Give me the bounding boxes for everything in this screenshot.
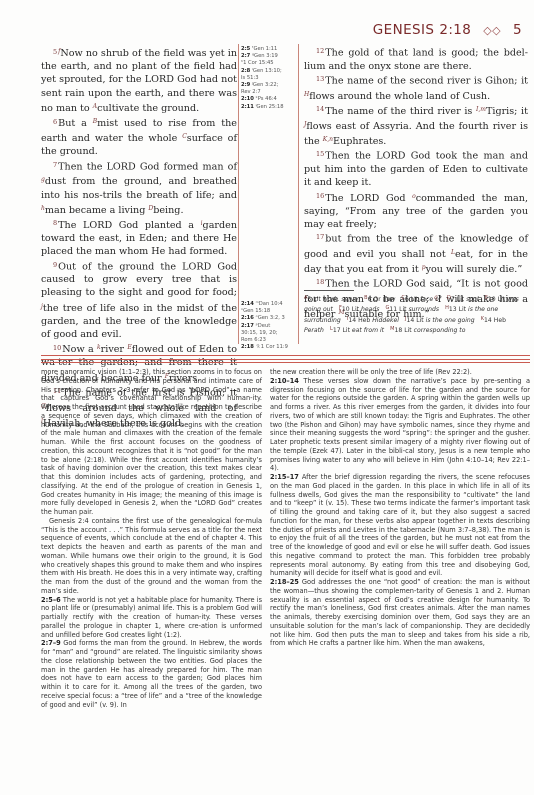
footnote-text: Hiddekel [372, 317, 399, 324]
footnote: M18 Lit corresponding to [390, 327, 471, 334]
footnote-text: work, serve [323, 296, 358, 303]
commentary-left-column: more panoramic vision (1:1–2:3), this se… [41, 368, 262, 709]
footnote-text: face of [420, 296, 441, 303]
footnote-mark: F [339, 305, 342, 311]
reference-mark: B [93, 118, 97, 125]
verse: 12The gold of that land is good; the bde… [304, 45, 528, 73]
cross-reference-verse: 2:9 [241, 82, 250, 88]
footnote-mark: K [481, 316, 484, 322]
reference-mark: H [304, 91, 309, 98]
commentary-paragraph: 2:15–17 After the brief digression regar… [270, 473, 530, 578]
reference-mark: A [93, 103, 97, 110]
footnote: C6 Lit face of [401, 296, 447, 303]
cross-reference-verse: 2:5 [241, 46, 250, 52]
verse: 15Then the LORD God took the man and put… [304, 148, 528, 189]
footnote-mark: E [485, 295, 488, 301]
reference-mark: j [41, 303, 43, 310]
reference-mark: k [97, 344, 101, 351]
verse-number: 12 [316, 47, 324, 55]
commentary-verse-label: 2:7–9 [41, 639, 61, 647]
commentary-verse-label: 2:10–14 [270, 377, 299, 385]
cross-reference: ʰ1 Cor 15:45 [241, 60, 296, 67]
verse-number: 18 [316, 278, 324, 286]
running-head: GENESIS 2:18 ◇◇ 5 [373, 22, 522, 38]
cross-reference: 2:7 ᵍGen 3:19 [241, 53, 296, 60]
verse-number: 14 [316, 105, 324, 113]
verse: 13The name of the second river is Gihon;… [304, 73, 528, 103]
commentary-paragraph: 2:7–9 God forms the man from the ground.… [41, 639, 262, 709]
footnote-text: heads [361, 306, 379, 313]
footnote-mark: M [390, 326, 394, 332]
commentary-verse-label: 2:18–25 [270, 578, 299, 586]
verse-number: 7 [53, 161, 57, 169]
cross-reference: 30:15, 19, 20; [241, 330, 296, 337]
footnote: I14 Heb Hiddekel [347, 317, 405, 324]
verse: 7Then the LORD God formed man of gdust f… [41, 159, 237, 217]
footnote: G11 Lit surrounds [386, 306, 446, 313]
footnote-text: flow [383, 296, 396, 303]
cross-reference: 2:18 ⒐1 Cor 11:9 [241, 344, 296, 351]
commentary-paragraph: 2:10–14 These verses slow down the narra… [270, 377, 530, 473]
cross-reference: 2:9 ʲGen 3:22; [241, 82, 296, 89]
verse-number: 15 [316, 150, 324, 158]
reference-mark: C [182, 133, 187, 140]
section-separator [41, 355, 530, 356]
cross-reference-verse: 2:17 [241, 323, 254, 329]
commentary-right-column: the new creation there will be only the … [270, 368, 530, 648]
ornament-icon: ◇◇ [483, 24, 501, 37]
verse: 14The name of the third river is I,mTigr… [304, 103, 528, 149]
commentary-paragraph: Genesis 2:4 contains the first use of th… [41, 517, 262, 596]
cross-reference-verse: 2:11 [241, 104, 254, 110]
cross-reference-verse: 2:16 [241, 315, 254, 321]
reference-mark: K,n [323, 136, 333, 143]
running-head-reference: 2:18 [439, 22, 471, 38]
footnote: L17 Lit eat from it [330, 327, 390, 334]
verse: 6But a Bmist used to rise from the earth… [41, 115, 237, 159]
cross-reference-verse: 2:10 [241, 96, 254, 102]
verse-number: 13 [316, 75, 324, 83]
cross-reference-verse: 2:18 [241, 344, 254, 350]
reference-mark: o [412, 193, 416, 200]
commentary-paragraph: 2:5–6 The world is not yet a habitable p… [41, 596, 262, 640]
footnote: F10 Lit heads [339, 306, 385, 313]
footnote-mark: L [330, 326, 333, 332]
column-divider [298, 44, 299, 344]
cross-reference: 2:16 ᵒGen 3:2, 3 [241, 315, 296, 322]
footnote-rule [304, 290, 354, 291]
commentary-paragraph: 2:18–25 God addresses the one “not good”… [270, 578, 530, 648]
reference-mark: g [41, 176, 45, 183]
column-divider [238, 44, 239, 344]
footnote: A5 Lit work, serve [304, 296, 364, 303]
reference-mark: L [451, 249, 455, 256]
verse-number: 16 [316, 192, 324, 200]
verse: 16The LORD God ocommanded the man, sayin… [304, 190, 528, 232]
reference-mark: i [201, 220, 203, 227]
footnote-text: corresponding to [414, 327, 466, 334]
footnote-mark: C [401, 295, 405, 301]
footnote-mark: A [304, 295, 307, 301]
reference-mark: h [41, 205, 45, 212]
page-number: 5 [513, 22, 522, 38]
commentary-paragraph: the new creation there will be only the … [270, 368, 530, 377]
footnote: J14 Lit is the one going [405, 317, 481, 324]
cross-reference: Is 51:3 [241, 75, 296, 82]
footnote-mark: H [445, 305, 449, 311]
cross-reference: Rom 6:23 [241, 337, 296, 344]
cross-reference: Rev 2:7 [241, 89, 296, 96]
verse: 9Out of the ground the LORD God caused t… [41, 259, 237, 342]
verse-number: 10 [53, 344, 61, 352]
verse-number: 9 [53, 261, 57, 269]
footnote-text: eat from it [352, 327, 384, 334]
cross-reference: ⁿGen 15:18 [241, 308, 296, 315]
verse: 8The LORD God planted a igarden toward t… [41, 217, 237, 259]
reference-mark: E [127, 344, 131, 351]
verse: 17but from the tree of the knowledge of … [304, 231, 528, 276]
verse-number: 5 [53, 48, 57, 56]
commentary-verse-label: 2:15–17 [270, 473, 299, 481]
commentary-paragraph: more panoramic vision (1:1–2:3), this se… [41, 368, 262, 517]
verse: 5fNow no shrub of the field was yet in t… [41, 45, 237, 115]
cross-reference: 2:5 ᶠGen 1:11 [241, 46, 296, 53]
scripture-right-column: 12The gold of that land is good; the bde… [304, 45, 528, 321]
running-head-book: GENESIS [373, 22, 435, 38]
reference-mark: p [422, 264, 426, 271]
reference-mark: J [304, 121, 306, 128]
footnote-mark: I [347, 316, 348, 322]
bible-page: GENESIS 2:18 ◇◇ 5 5fNow no shrub of the … [0, 0, 534, 795]
cross-reference-verse: 2:14 [241, 301, 254, 307]
section-separator [41, 359, 530, 360]
cross-references-top: 2:5 ᶠGen 1:112:7 ᵍGen 3:19ʰ1 Cor 15:452:… [241, 46, 296, 111]
footnote-text: surrounds [409, 306, 440, 313]
cross-references-bottom: 2:14 ᵐDan 10:4ⁿGen 15:182:16 ᵒGen 3:2, 3… [241, 301, 296, 351]
verse-number: 17 [316, 233, 324, 241]
reference-mark: D [148, 205, 153, 212]
footnote-mark: G [386, 305, 390, 311]
verse-number: 8 [53, 219, 57, 227]
footnote-mark: D [447, 295, 451, 301]
section-separator [41, 362, 530, 363]
footnote-text: Perath [304, 327, 324, 334]
footnote-mark: B [364, 295, 367, 301]
cross-reference: 2:17 ᵖDeut [241, 323, 296, 330]
footnote-text: soul [466, 296, 478, 303]
cross-reference: 2:8 ⁱGen 13:10; [241, 68, 296, 75]
reference-mark: f [58, 48, 60, 55]
verse-number: 6 [53, 118, 57, 126]
cross-reference-verse: 2:8 [241, 68, 250, 74]
footnote-text: is the one going [426, 317, 475, 324]
footnote: D7 Lit soul [447, 296, 485, 303]
cross-reference-verse: 2:7 [241, 53, 250, 59]
footnote: B6 Or flow [364, 296, 401, 303]
reference-mark: I,m [476, 106, 486, 113]
cross-reference: 2:11 ˡGen 25:18 [241, 104, 296, 111]
commentary-verse-label: 2:5–6 [41, 596, 61, 604]
footnote-mark: J [405, 316, 406, 322]
cross-reference: 2:14 ᵐDan 10:4 [241, 301, 296, 308]
footnotes: A5 Lit work, serve B6 Or flow C6 Lit fac… [304, 294, 530, 336]
cross-reference: 2:10 ᵏPs 46:4 [241, 96, 296, 103]
